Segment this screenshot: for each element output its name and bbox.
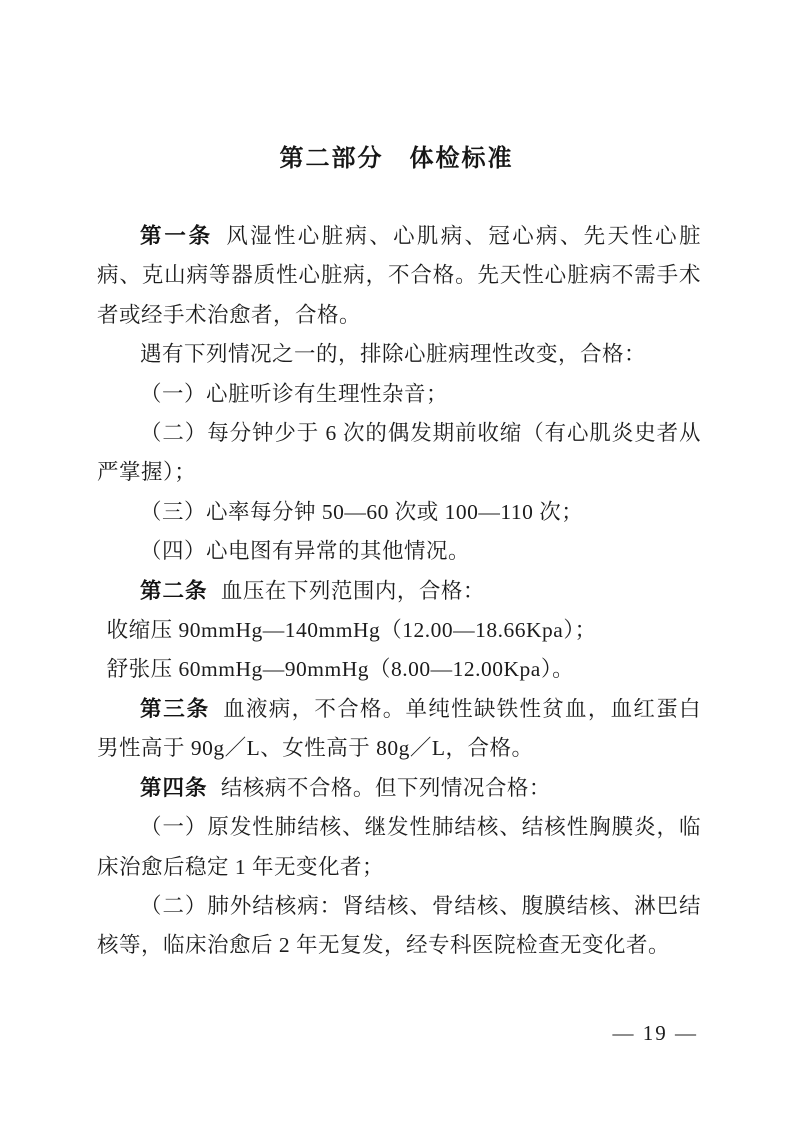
clause-number: 第二条 bbox=[140, 579, 208, 603]
paragraph: 第一条风湿性心脏病、心肌病、冠心病、先天性心脏病、克山病等器质性心脏病，不合格。… bbox=[97, 217, 701, 335]
paragraph: （一）原发性肺结核、继发性肺结核、结核性胸膜炎，临床治愈后稳定 1 年无变化者； bbox=[97, 808, 701, 887]
clause-number: 第一条 bbox=[140, 224, 213, 248]
paragraph: （四）心电图有异常的其他情况。 bbox=[97, 532, 701, 571]
document-page: 第二部分 体检标准 第一条风湿性心脏病、心肌病、冠心病、先天性心脏病、克山病等器… bbox=[0, 0, 793, 1122]
paragraph: （二）肺外结核病：肾结核、骨结核、腹膜结核、淋巴结核等，临床治愈后 2 年无复发… bbox=[97, 887, 701, 966]
paragraph: 第三条血液病，不合格。单纯性缺铁性贫血，血红蛋白男性高于 90g／L、女性高于 … bbox=[97, 690, 701, 769]
paragraph: 收缩压 90mmHg—140mmHg（12.00—18.66Kpa）； bbox=[97, 611, 701, 650]
document-body: 第一条风湿性心脏病、心肌病、冠心病、先天性心脏病、克山病等器质性心脏病，不合格。… bbox=[97, 217, 701, 966]
paragraph: 遇有下列情况之一的，排除心脏病理性改变，合格： bbox=[97, 335, 701, 374]
page-title: 第二部分 体检标准 bbox=[0, 138, 793, 173]
page-number: — 19 — bbox=[613, 1021, 699, 1046]
paragraph: 第四条结核病不合格。但下列情况合格： bbox=[97, 769, 701, 808]
paragraph: （一）心脏听诊有生理性杂音； bbox=[97, 375, 701, 414]
paragraph: 第二条血压在下列范围内，合格： bbox=[97, 572, 701, 611]
paragraph: （二）每分钟少于 6 次的偶发期前收缩（有心肌炎史者从严掌握）； bbox=[97, 414, 701, 493]
paragraph: 舒张压 60mmHg—90mmHg（8.00—12.00Kpa）。 bbox=[97, 650, 701, 689]
clause-number: 第三条 bbox=[140, 697, 210, 721]
paragraph: （三）心率每分钟 50—60 次或 100—110 次； bbox=[97, 493, 701, 532]
clause-number: 第四条 bbox=[140, 776, 208, 800]
